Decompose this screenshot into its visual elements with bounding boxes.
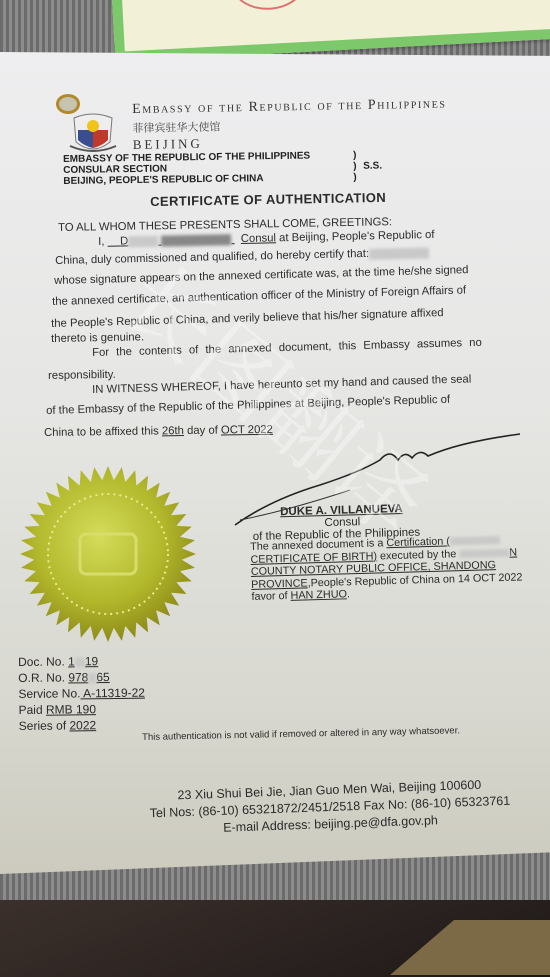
floor-background [0, 900, 550, 977]
red-stamp-icon [230, 0, 307, 12]
or-number: O.R. No. 97865 [18, 669, 145, 686]
paid-amount: Paid RMB 190 [19, 701, 146, 718]
doc-number: Doc. No. 119 [18, 653, 145, 670]
series-year: Series of 2022 [19, 717, 146, 734]
annex-description: The annexed document is a Certification … [250, 533, 523, 603]
para2-line-2: responsibility. [48, 369, 116, 382]
background-certificate [110, 0, 550, 62]
beneficiary-name: HAN ZHUO [290, 588, 347, 602]
grommet-icon [56, 94, 80, 114]
officer-title: Consul [241, 232, 276, 245]
record-details: Doc. No. 119 O.R. No. 97865 Service No. … [18, 653, 145, 734]
service-number: Service No. A-11319-22 [18, 685, 145, 702]
body-line-6: thereto is genuine. [51, 331, 144, 345]
philippines-coat-of-arms-icon [66, 112, 120, 156]
date-day: 26th [162, 425, 184, 437]
letterhead: Embassy of the Republic of the Philippin… [132, 97, 447, 153]
ss-label: S.S. [363, 161, 382, 172]
gold-embossed-seal-icon [18, 464, 198, 644]
venue-caption: EMBASSY OF THE REPUBLIC OF THE PHILIPPIN… [63, 151, 311, 187]
